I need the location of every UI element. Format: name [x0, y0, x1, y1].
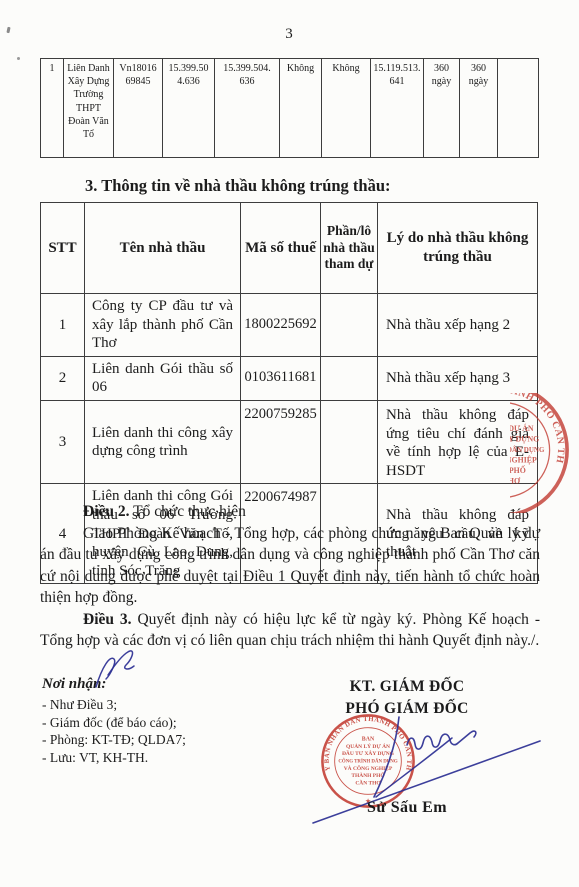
article-2-heading: Điều 2. Tổ chức thực hiện — [40, 501, 540, 523]
cell-duration-1: 360 ngày — [424, 59, 460, 158]
cell-contractor-name: Liên danh thi công xây dựng công trình — [85, 400, 241, 483]
cell-tax-code: 1800225692 — [241, 294, 321, 357]
cell-stt: 2 — [41, 356, 85, 400]
table-row: 2 Liên danh Gói thầu số 06 0103611681 Nh… — [41, 356, 538, 400]
article-2-body: Giao Phòng Kế hoạch - Tổng hợp, các phòn… — [40, 523, 540, 609]
cell-contractor-name: Công ty CP đầu tư và xây lắp thành phố C… — [85, 294, 241, 357]
recipient-item: - Phòng: KT-TĐ; QLDA7; — [42, 731, 242, 749]
signer-name: Sử Sấu Em — [307, 799, 507, 817]
recipient-item: - Giám đốc (để báo cáo); — [42, 714, 242, 732]
cell-phan-lo — [321, 294, 378, 357]
table-row: 3 Liên danh thi công xây dựng công trình… — [41, 400, 538, 483]
cell-empty — [498, 59, 539, 158]
stamp-line: CÔNG TRÌNH DÂN DỤNG — [510, 446, 545, 454]
header-ly-do: Lý do nhà thầu không trúng thầu — [378, 203, 538, 294]
header-ten-nha-thau: Tên nhà thầu — [85, 203, 241, 294]
cell-contractor-name: Liên danh Gói thầu số 06 — [85, 356, 241, 400]
partial-edge-stamp: ỦY BAN NHÂN DÂN THÀNH PHỐ CẦN THƠ BAN QU… — [510, 393, 579, 513]
header-ma-so-thue: Mã số thuế — [241, 203, 321, 294]
cell-duration-2: 360 ngày — [460, 59, 498, 158]
header-phan-lo: Phần/lô nhà thầu tham dự — [321, 203, 378, 294]
cell-award-price: 15.119.513. 641 — [371, 59, 424, 158]
cell-khong-1: Không — [280, 59, 322, 158]
article-2-title: Tổ chức thực hiện — [130, 503, 246, 520]
cell-contractor-name: Liên Danh Xây Dựng Trường THPT Đoàn Văn … — [64, 59, 114, 158]
cell-reason: Nhà thầu xếp hạng 2 — [378, 294, 538, 357]
cell-stt: 3 — [41, 400, 85, 483]
table-header-row: STT Tên nhà thầu Mã số thuế Phần/lô nhà … — [41, 203, 538, 294]
cell-tax-code: 2200759285 — [241, 400, 321, 483]
cell-bid-price: 15.399.50 4.636 — [163, 59, 215, 158]
stamp-line: VÀ CÔNG NGHIỆP — [510, 455, 537, 465]
section-3-heading: 3. Thông tin về nhà thầu không trúng thầ… — [85, 176, 391, 196]
recipient-item: - Lưu: VT, KH-TH. — [42, 749, 242, 767]
recipient-item: - Như Điều 3; — [42, 696, 242, 714]
stamp-line: CẦN THƠ — [510, 476, 521, 486]
article-2-label: Điều 2. — [83, 503, 130, 520]
stamp-line: QUẢN LÝ DỰ ÁN — [510, 423, 534, 433]
handwritten-initials — [88, 645, 146, 693]
cell-bid-price-2: 15.399.504. 636 — [215, 59, 280, 158]
articles-section: Điều 2. Tổ chức thực hiện Giao Phòng Kế … — [40, 501, 540, 652]
cell-stt: 1 — [41, 294, 85, 357]
scan-artifact — [17, 57, 20, 60]
article-3-label: Điều 3. — [83, 611, 132, 628]
stamp-line: ĐẦU TƯ XÂY DỰNG — [510, 434, 539, 444]
stamp-line: BAN — [510, 414, 511, 423]
document-page: 3 1 Liên Danh Xây Dựng Trường THPT Đoàn … — [0, 0, 579, 887]
winning-bidder-table-continuation: 1 Liên Danh Xây Dựng Trường THPT Đoàn Vă… — [40, 58, 539, 158]
table-row: 1 Công ty CP đầu tư và xây lắp thành phố… — [41, 294, 538, 357]
page-number: 3 — [0, 26, 579, 43]
cell-tax-code: 0103611681 — [241, 356, 321, 400]
table-row: 1 Liên Danh Xây Dựng Trường THPT Đoàn Vă… — [41, 59, 539, 158]
header-stt: STT — [41, 203, 85, 294]
cell-phan-lo — [321, 356, 378, 400]
stamp-line: THÀNH PHỐ — [510, 465, 526, 475]
cell-code: Vn18016 69845 — [114, 59, 163, 158]
cell-stt: 1 — [41, 59, 64, 158]
cell-khong-2: Không — [322, 59, 371, 158]
cell-phan-lo — [321, 400, 378, 483]
signer-title-kt-giam-doc: KT. GIÁM ĐỐC — [307, 676, 507, 698]
